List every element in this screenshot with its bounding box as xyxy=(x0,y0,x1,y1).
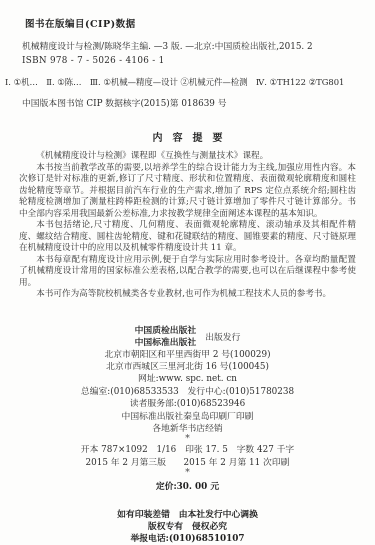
printer-line: 中国标准出版社秦皇岛印刷厂印刷 xyxy=(0,411,375,423)
isbn-line: ISBN 978 - 7 - 5026 - 4106 - 1 xyxy=(22,56,375,67)
publisher-names-row: 中国质检出版社 中国标准出版社 出版发行 xyxy=(0,325,375,349)
exchange-notice: 如有印装差错 由本社发行中心调换 xyxy=(0,509,375,521)
separator-star: * xyxy=(0,469,375,478)
copyright-notice: 版权专有 侵权必究 xyxy=(0,521,375,533)
publisher-website: 网址:www. spc. net. cn xyxy=(0,373,375,385)
publisher-section: 中国质检出版社 中国标准出版社 出版发行 北京市朝阳区和平里西街甲 2 号(10… xyxy=(0,325,375,495)
cip-header: 图书在版编目(CIP)数据 xyxy=(25,16,375,30)
summary-heading: 内 容 提 要 xyxy=(0,132,375,145)
cip-classification-line: Ⅰ. ①机… Ⅱ. ①陈… Ⅲ. ①机械—精度—设计 ②机械元件—检测 Ⅳ. ①… xyxy=(5,77,373,88)
summary-section: 《机械精度设计与检测》课程即《互换性与测量技术》课程。 本书按当前教学改革的需要… xyxy=(0,151,375,301)
report-phone: 举报电话:(010)68510107 xyxy=(0,533,375,545)
price-line: 定价:30. 00 元 xyxy=(0,481,375,494)
publisher-role: 出版发行 xyxy=(205,330,240,343)
publisher-name-2: 中国标准出版社 xyxy=(135,337,197,349)
summary-paragraph: 本书包括绪论,尺寸精度、几何精度、表面微观轮廓精度、滚动轴承及其相配件精度、螺纹… xyxy=(19,220,356,255)
footer-notices: 如有印装差错 由本社发行中心调换 版权专有 侵权必究 举报电话:(010)685… xyxy=(0,509,375,545)
summary-paragraph: 本书按当前教学改革的需要,以培养学生的综合设计能力为主线,加强应用性内容。本次修… xyxy=(19,163,356,221)
summary-paragraph: 本书每章配有精度设计应用示例,便于自学与实际应用时参考设计。各章均酌量配置了机械… xyxy=(19,255,356,290)
copyright-page: 图书在版编目(CIP)数据 机械精度设计与检测/陈晓华主编. —3 版. —北京… xyxy=(0,0,375,545)
cip-record-line: 机械精度设计与检测/陈晓华主编. —3 版. —北京:中国质检出版社,2015.… xyxy=(22,42,361,53)
separator-star: * xyxy=(0,435,375,444)
publisher-phones: 总编室:(010)68533533 发行中心:(010)51780238 xyxy=(0,386,375,398)
publisher-names: 中国质检出版社 中国标准出版社 xyxy=(135,325,197,349)
reader-service-phone: 读者服务部:(010)68523946 xyxy=(0,398,375,410)
publisher-address-1: 北京市朝阳区和平里西街甲 2 号(100029) xyxy=(0,349,375,361)
cip-registry-line: 中国版本图书馆 CIP 数据核字(2015)第 018639 号 xyxy=(22,99,375,110)
summary-paragraph: 本书可作为高等院校机械类各专业教材,也可作为机械工程技术人员的参考书。 xyxy=(19,289,356,301)
format-line: 开本 787×1092 1/16 印张 17. 5 字数 427 千字 xyxy=(0,444,375,456)
summary-paragraph: 《机械精度设计与检测》课程即《互换性与测量技术》课程。 xyxy=(19,151,356,163)
publisher-name-1: 中国质检出版社 xyxy=(135,325,197,337)
publisher-address-2: 北京市西城区三里河北街 16 号(100045) xyxy=(0,361,375,373)
